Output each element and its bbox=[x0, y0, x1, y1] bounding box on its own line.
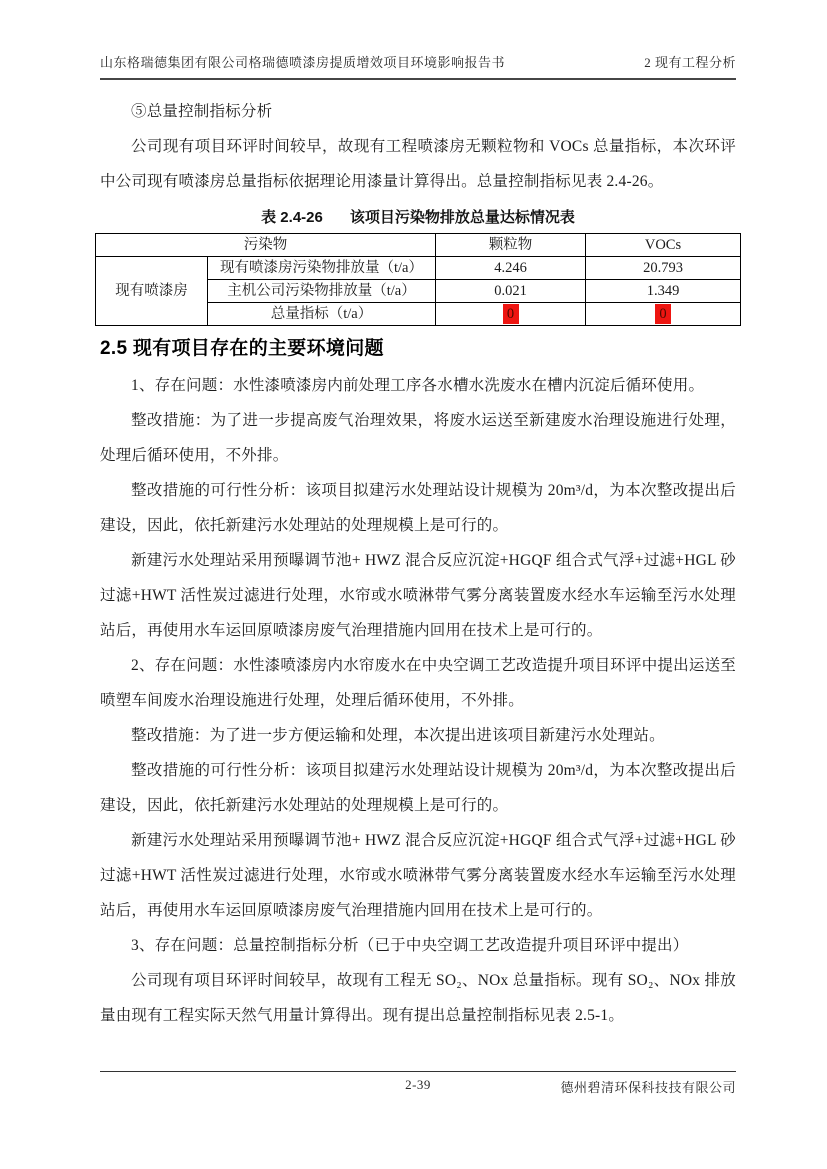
intro-item-label: ⑤总量控制指标分析 bbox=[100, 94, 736, 129]
col-header-pollutant: 污染物 bbox=[96, 234, 436, 257]
table-header-row: 污染物 颗粒物 VOCs bbox=[96, 234, 741, 257]
page-footer: 2-39 德州碧清环保科技技有限公司 bbox=[100, 1071, 736, 1099]
col-header-vocs: VOCs bbox=[586, 234, 741, 257]
header-chapter-title: 2 现有工程分析 bbox=[644, 52, 736, 71]
page-content: ⑤总量控制指标分析 公司现有项目环评时间较早，故现有工程喷漆房无颗粒物和 VOC… bbox=[100, 94, 736, 1033]
table-caption-number: 表 2.4-26 bbox=[261, 209, 323, 226]
table-row: 现有喷漆房 现有喷漆房污染物排放量（t/a） 4.246 20.793 bbox=[96, 257, 741, 280]
header-rule bbox=[100, 78, 736, 80]
body-paragraph: 新建污水处理站采用预曝调节池+ HWZ 混合反应沉淀+HGQF 组合式气浮+过滤… bbox=[100, 823, 736, 928]
header-report-title: 山东格瑞德集团有限公司格瑞德喷漆房提质增效项目环境影响报告书 bbox=[100, 52, 505, 71]
page-footer-inner: 2-39 德州碧清环保科技技有限公司 bbox=[100, 1072, 736, 1099]
body-paragraph: 整改措施：为了进一步提高废气治理效果，将废水运送至新建废水治理设施进行处理，处理… bbox=[100, 403, 736, 473]
document-page: 山东格瑞德集团有限公司格瑞德喷漆房提质增效项目环境影响报告书 2 现有工程分析 … bbox=[0, 0, 827, 1169]
page-header-row: 山东格瑞德集团有限公司格瑞德喷漆房提质增效项目环境影响报告书 2 现有工程分析 bbox=[100, 52, 736, 78]
highlighted-value: 0 bbox=[655, 304, 671, 324]
body-paragraph: 公司现有项目环评时间较早，故现有工程无 SO₂、NOx 总量指标。现有 SO₂、… bbox=[100, 963, 736, 1033]
table-caption: 表 2.4-26该项目污染物排放总量达标情况表 bbox=[100, 205, 736, 231]
intro-paragraph: 公司现有项目环评时间较早，故现有工程喷漆房无颗粒物和 VOCs 总量指标，本次环… bbox=[100, 129, 736, 199]
body-paragraph: 1、存在问题：水性漆喷漆房内前处理工序各水槽水洗废水在槽内沉淀后循环使用。 bbox=[100, 368, 736, 403]
row-label: 总量指标（t/a） bbox=[208, 303, 436, 326]
body-paragraph: 整改措施：为了进一步方便运输和处理，本次提出进该项目新建污水处理站。 bbox=[100, 718, 736, 753]
cell-vocs-value: 0 bbox=[586, 303, 741, 326]
body-paragraph: 2、存在问题：水性漆喷漆房内水帘废水在中央空调工艺改造提升项目环评中提出运送至喷… bbox=[100, 648, 736, 718]
cell-vocs-value: 20.793 bbox=[586, 257, 741, 280]
page-header: 山东格瑞德集团有限公司格瑞德喷漆房提质增效项目环境影响报告书 2 现有工程分析 bbox=[100, 52, 736, 80]
body-paragraph: 整改措施的可行性分析：该项目拟建污水处理站设计规模为 20m³/d，为本次整改提… bbox=[100, 753, 736, 823]
cell-pm-value: 4.246 bbox=[436, 257, 586, 280]
body-paragraph: 整改措施的可行性分析：该项目拟建污水处理站设计规模为 20m³/d，为本次整改提… bbox=[100, 473, 736, 543]
cell-pm-value: 0.021 bbox=[436, 280, 586, 303]
col-header-pm: 颗粒物 bbox=[436, 234, 586, 257]
row-label: 主机公司污染物排放量（t/a） bbox=[208, 280, 436, 303]
table-caption-title: 该项目污染物排放总量达标情况表 bbox=[350, 209, 575, 226]
footer-company-name: 德州碧清环保科技技有限公司 bbox=[560, 1077, 736, 1096]
section-heading: 2.5 现有项目存在的主要环境问题 bbox=[100, 335, 736, 363]
cell-pm-value: 0 bbox=[436, 303, 586, 326]
highlighted-value: 0 bbox=[503, 304, 519, 324]
body-paragraph: 新建污水处理站采用预曝调节池+ HWZ 混合反应沉淀+HGQF 组合式气浮+过滤… bbox=[100, 543, 736, 648]
row-group-label: 现有喷漆房 bbox=[96, 257, 208, 326]
row-label: 现有喷漆房污染物排放量（t/a） bbox=[208, 257, 436, 280]
cell-vocs-value: 1.349 bbox=[586, 280, 741, 303]
body-paragraph: 3、存在问题：总量控制指标分析（已于中央空调工艺改造提升项目环评中提出） bbox=[100, 928, 736, 963]
emission-totals-table: 污染物 颗粒物 VOCs 现有喷漆房 现有喷漆房污染物排放量（t/a） 4.24… bbox=[95, 233, 741, 326]
